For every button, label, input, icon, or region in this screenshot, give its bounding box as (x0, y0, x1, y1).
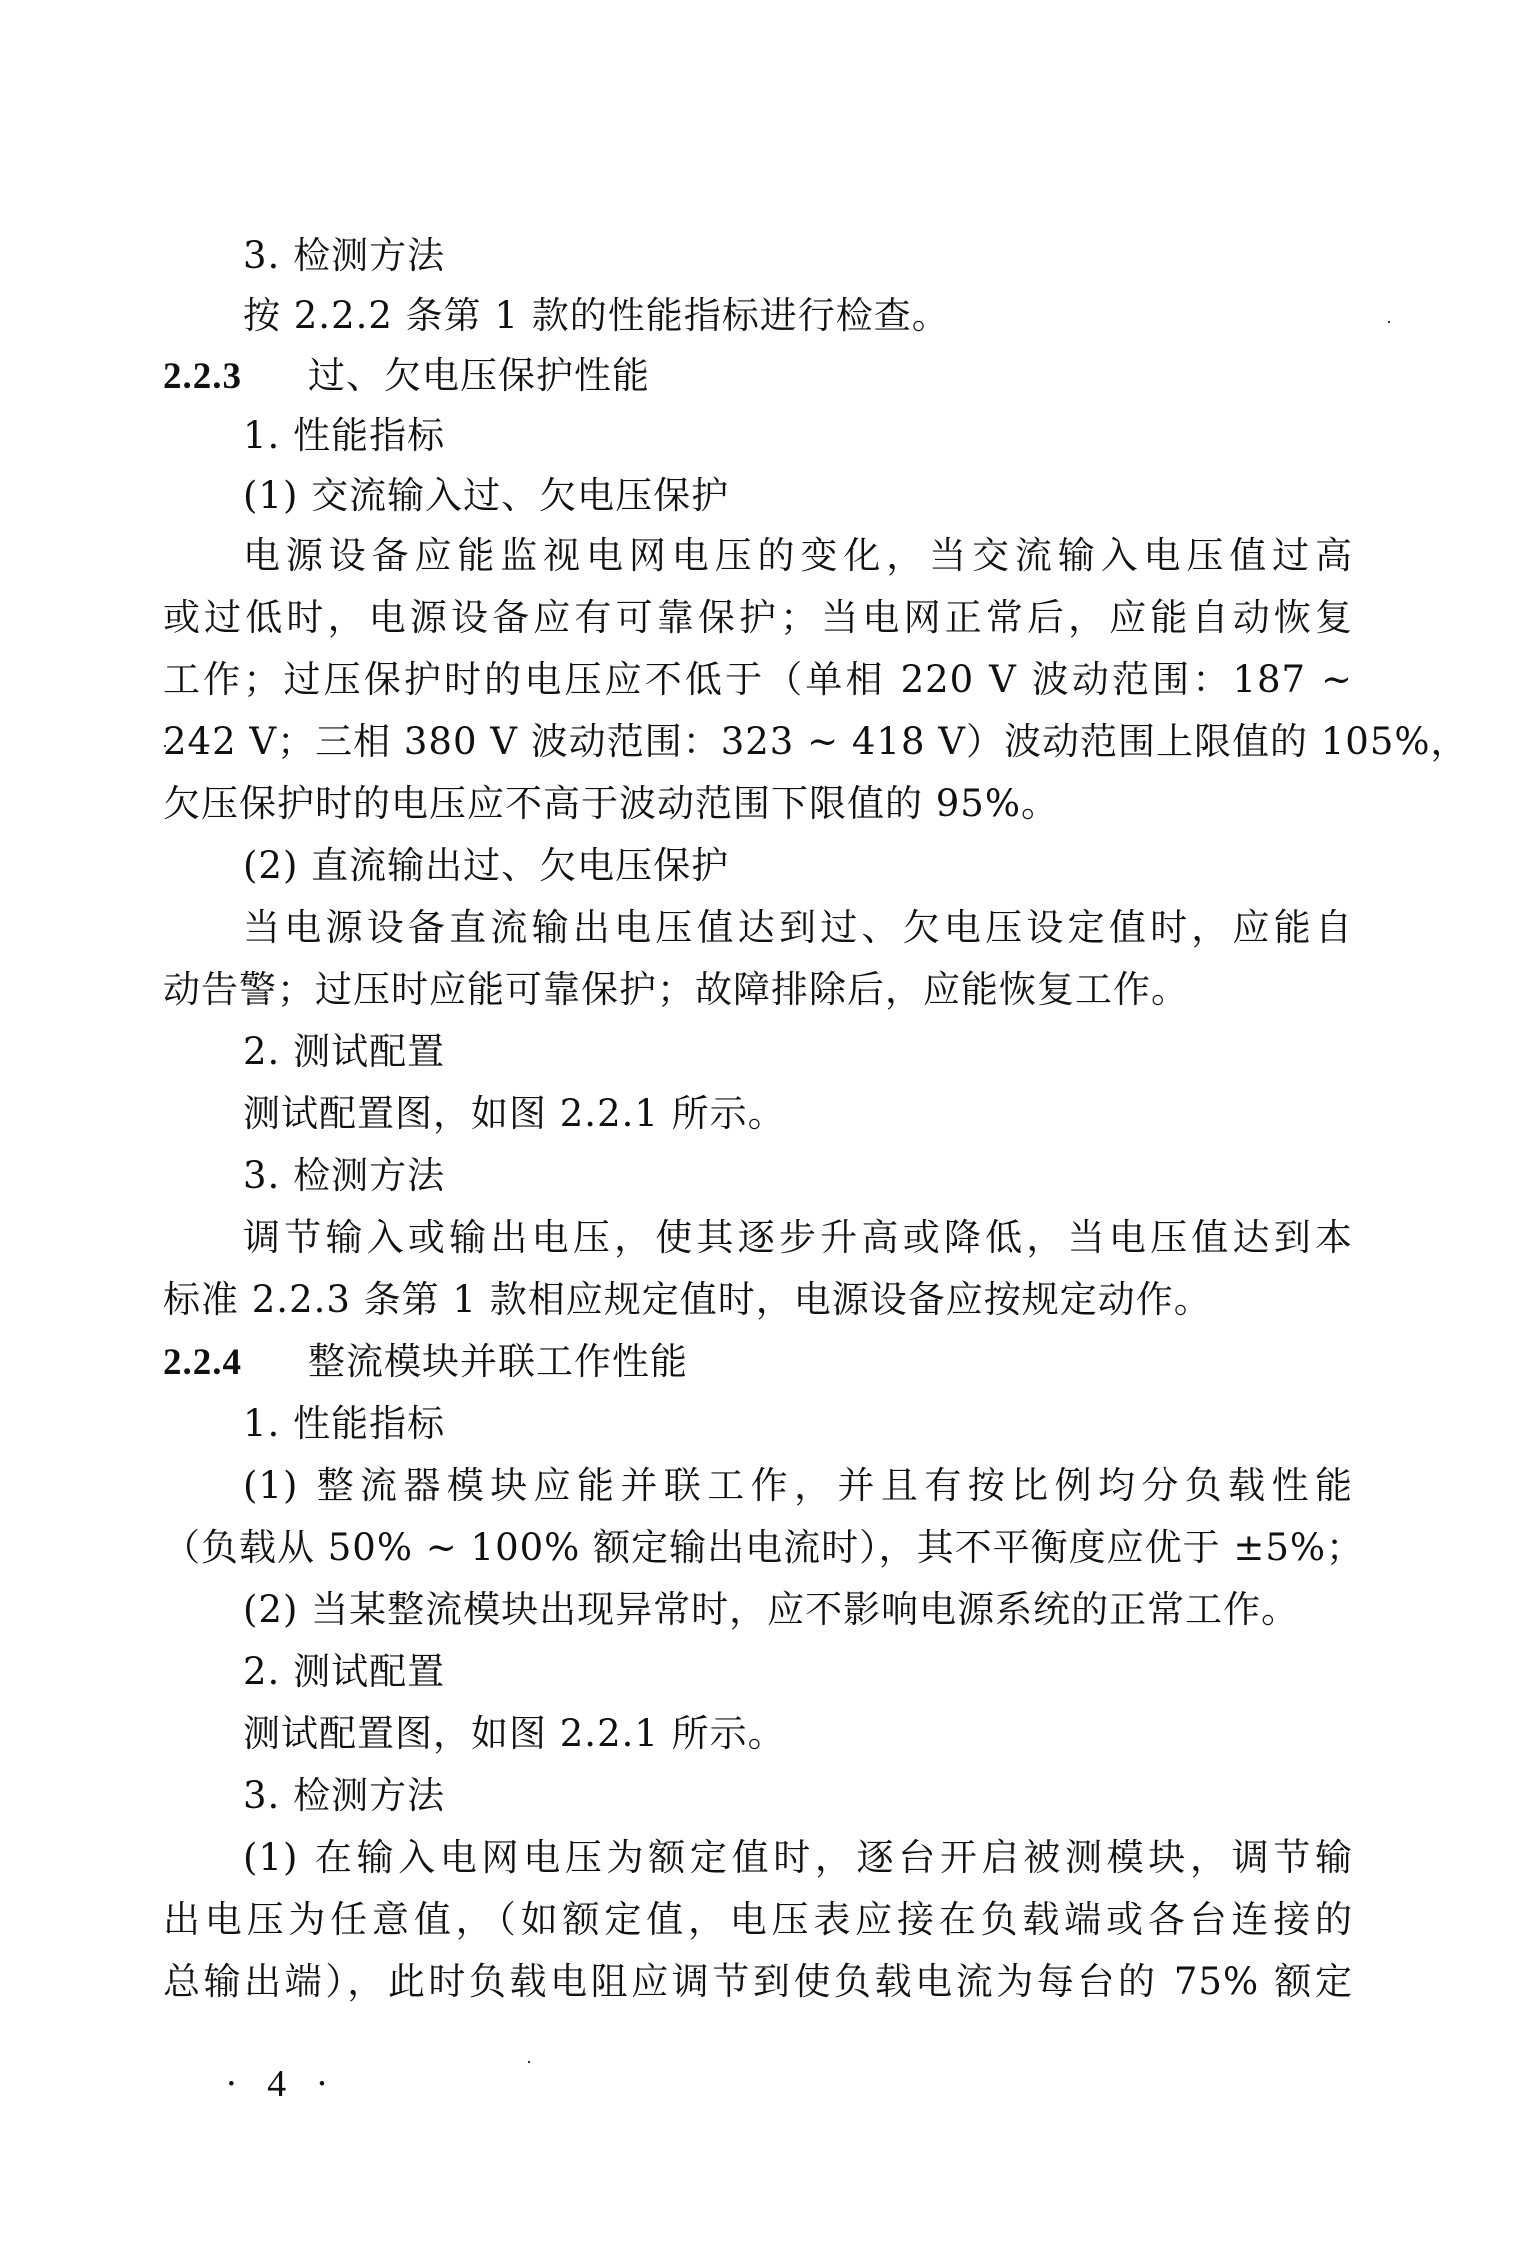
subheading-test-config: 2. 测试配置 (243, 1648, 1353, 1696)
paragraph-line: 当电源设备直流输出电压值达到过、欠电压设定值时，应能自 (243, 904, 1353, 952)
subheading-performance-index: 1. 性能指标 (243, 1400, 1353, 1448)
subheading-ac-protection: (1) 交流输入过、欠电压保护 (243, 472, 1353, 520)
paragraph-line: 按 2.2.2 条第 1 款的性能指标进行检查。 (243, 292, 1353, 340)
paragraph-line: 工作；过压保护时的电压应不低于（单相 220 V 波动范围：187 ~ (163, 656, 1353, 704)
paragraph-line: (1) 整流器模块应能并联工作，并且有按比例均分负载性能 (243, 1462, 1353, 1510)
paragraph-line: (1) 在输入电网电压为额定值时，逐台开启被测模块，调节输 (243, 1834, 1353, 1882)
paragraph-line: 242 V；三相 380 V 波动范围：323 ~ 418 V）波动范围上限值的… (163, 718, 1353, 766)
page-number: · 4 · (225, 2060, 338, 2108)
paragraph-line: 标准 2.2.3 条第 1 款相应规定值时，电源设备应按规定动作。 (163, 1276, 1353, 1324)
paragraph-line: 电源设备应能监视电网电压的变化，当交流输入电压值过高 (243, 532, 1353, 580)
scan-speck (164, 745, 166, 747)
paragraph-line: 调节输入或输出电压，使其逐步升高或降低，当电压值达到本 (243, 1214, 1353, 1262)
subheading-performance-index: 1. 性能指标 (243, 412, 1353, 460)
subheading-test-config: 2. 测试配置 (243, 1028, 1353, 1076)
scan-speck (1388, 321, 1390, 323)
subheading-detection-method: 3. 检测方法 (243, 232, 1353, 280)
paragraph-line: 欠压保护时的电压应不高于波动范围下限值的 95%。 (163, 780, 1353, 828)
subheading-detection-method: 3. 检测方法 (243, 1152, 1353, 1200)
paragraph-line: 动告警；过压时应能可靠保护；故障排除后，应能恢复工作。 (163, 966, 1353, 1014)
section-heading-2-2-3: 2.2.3过、欠电压保护性能 (163, 352, 1353, 401)
section-heading-2-2-4: 2.2.4整流模块并联工作性能 (163, 1338, 1353, 1387)
paragraph-line: (2) 当某整流模块出现异常时，应不影响电源系统的正常工作。 (243, 1586, 1353, 1634)
document-page: 3. 检测方法 按 2.2.2 条第 1 款的性能指标进行检查。 2.2.3过、… (0, 0, 1518, 2244)
subheading-detection-method: 3. 检测方法 (243, 1772, 1353, 1820)
paragraph-line: （负载从 50% ~ 100% 额定输出电流时），其不平衡度应优于 ±5%； (163, 1524, 1353, 1572)
section-title: 过、欠电压保护性能 (308, 354, 650, 397)
paragraph-line: 出电压为任意值，（如额定值，电压表应接在负载端或各台连接的 (163, 1896, 1353, 1944)
section-number: 2.2.4 (163, 1339, 308, 1387)
paragraph-line: 测试配置图，如图 2.2.1 所示。 (243, 1710, 1353, 1758)
paragraph-line: 测试配置图，如图 2.2.1 所示。 (243, 1090, 1353, 1138)
paragraph-line: 或过低时，电源设备应有可靠保护；当电网正常后，应能自动恢复 (163, 594, 1353, 642)
scan-speck (528, 2061, 530, 2063)
paragraph-line: 总输出端），此时负载电阻应调节到使负载电流为每台的 75% 额定 (163, 1958, 1353, 2006)
section-title: 整流模块并联工作性能 (308, 1340, 688, 1383)
subheading-dc-protection: (2) 直流输出过、欠电压保护 (243, 842, 1353, 890)
section-number: 2.2.3 (163, 353, 308, 401)
